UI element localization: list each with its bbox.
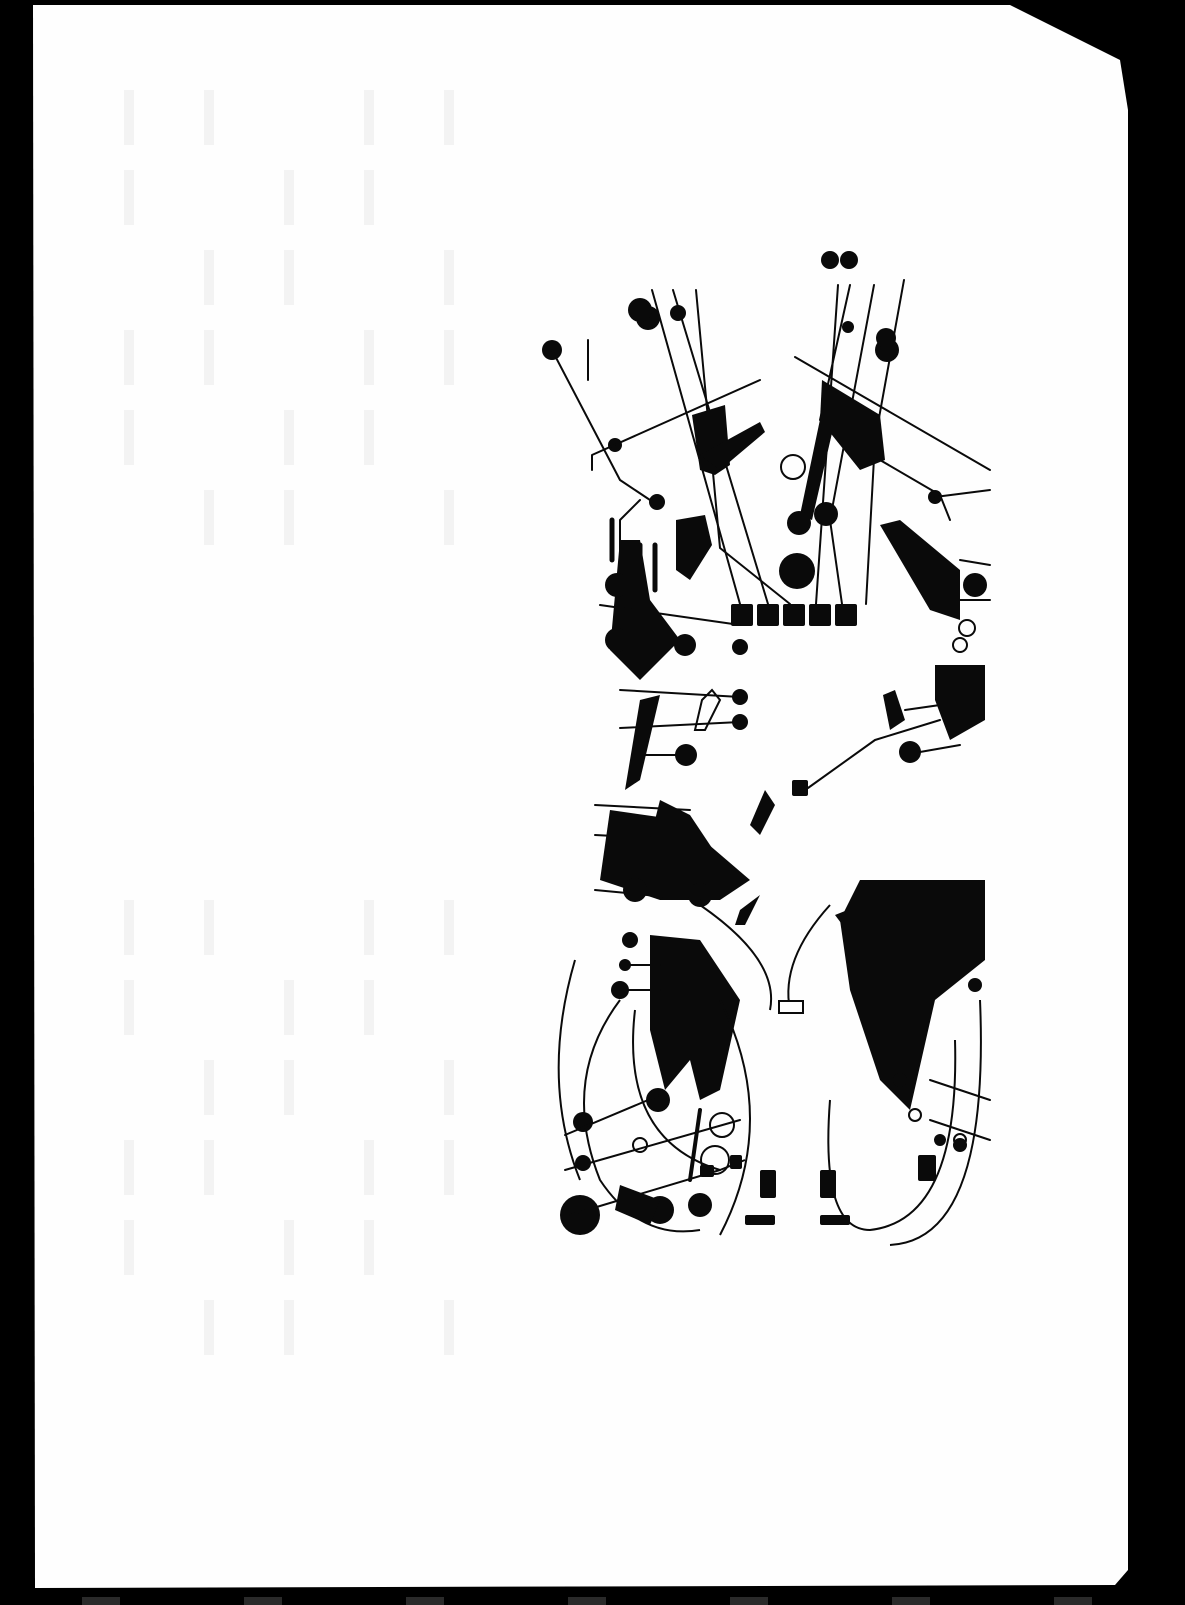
paper-sheet (33, 5, 1128, 1588)
pcb-artwork-scan (0, 0, 1185, 1605)
